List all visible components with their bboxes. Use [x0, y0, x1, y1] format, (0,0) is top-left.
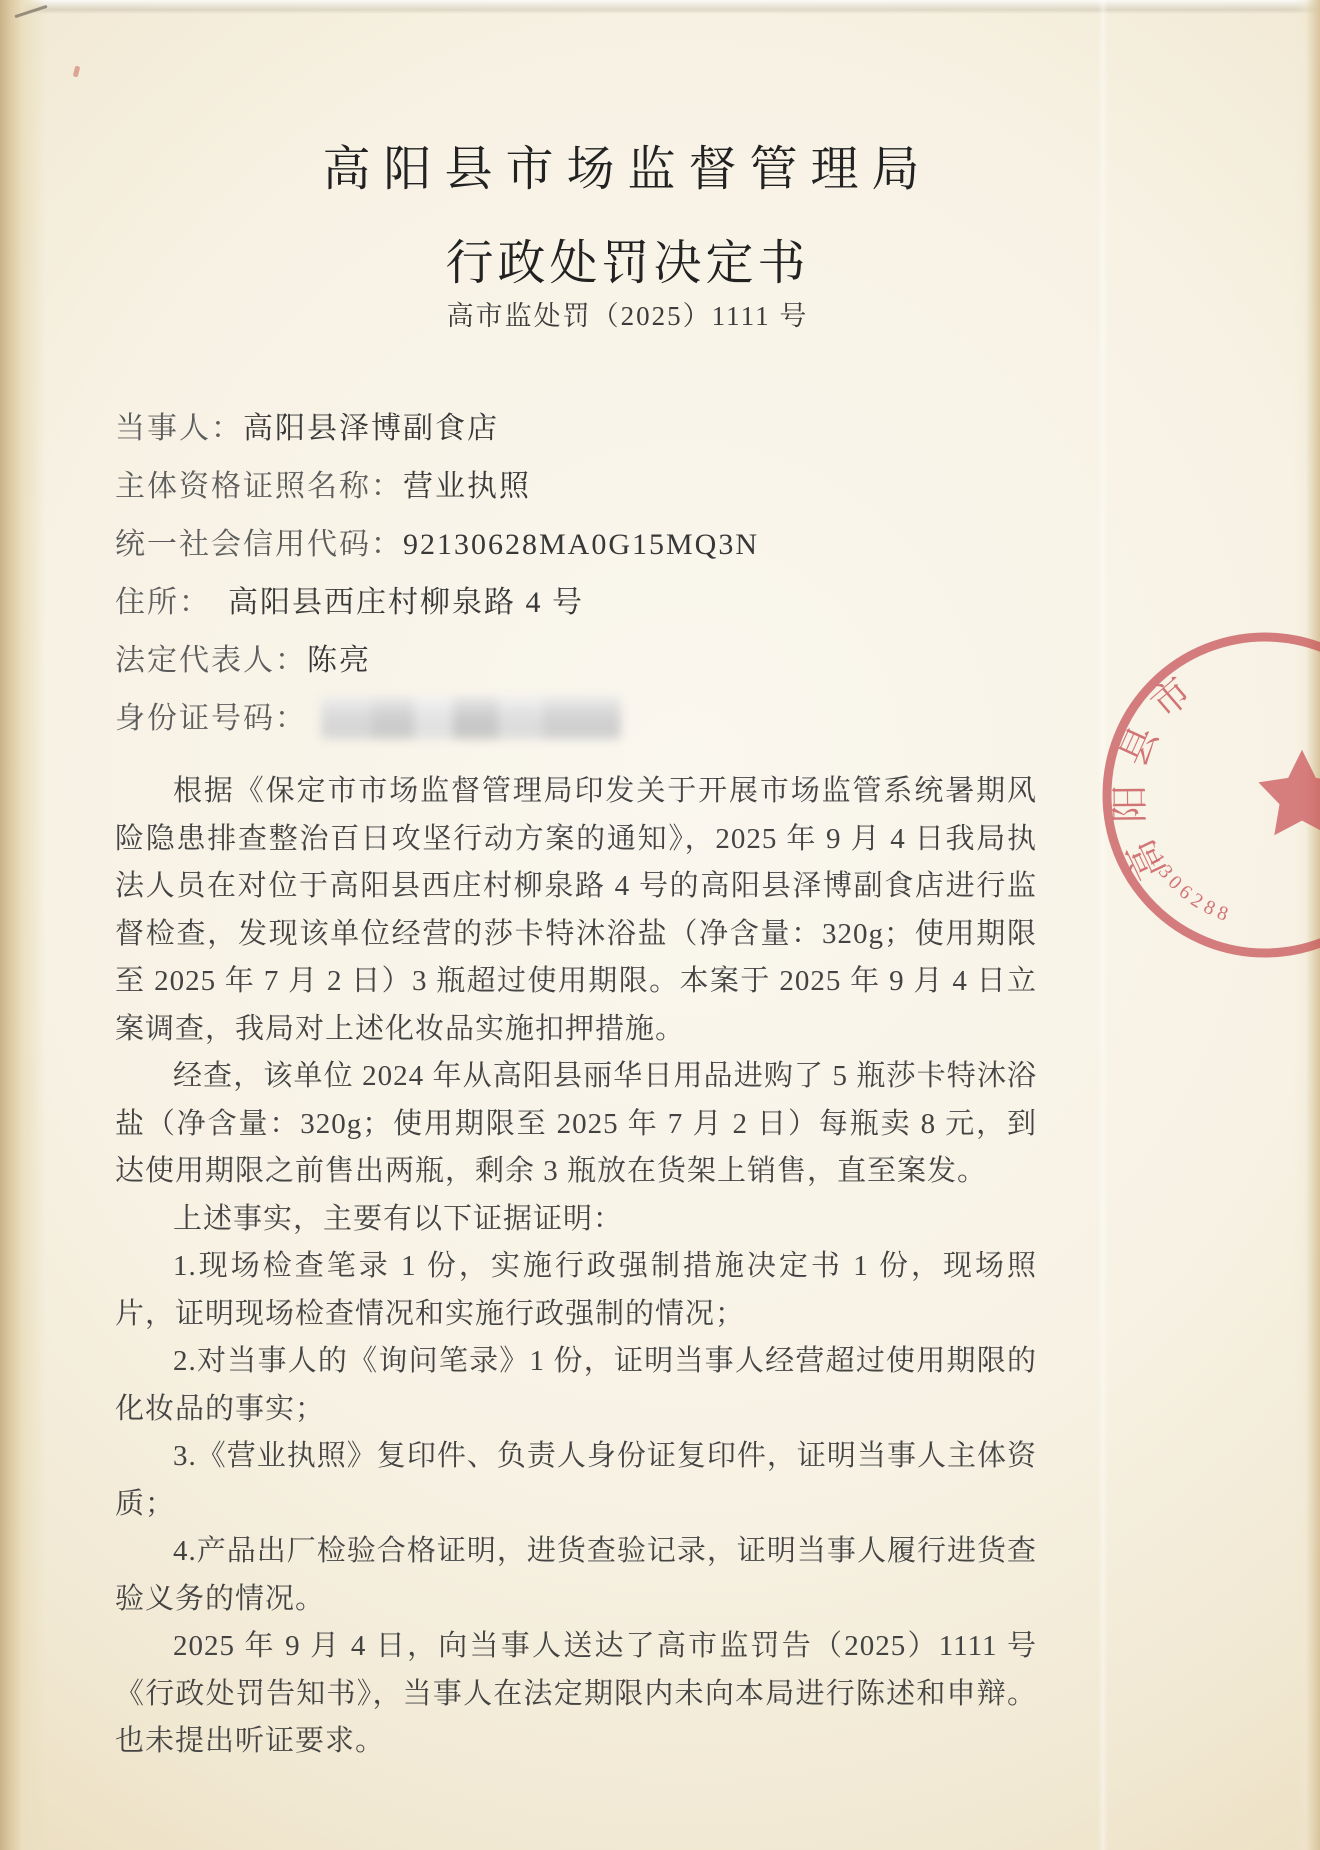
field-value: 高阳县西庄村柳泉路 4 号 [196, 586, 584, 619]
decision-text: 根据《保定市市场监督管理局印发关于开展市场监管系统暑期风险隐患排查整治百日攻坚行… [115, 768, 1037, 1766]
field-party: 当事人：高阳县泽博副食店 [115, 400, 1140, 458]
field-label: 统一社会信用代码： [115, 528, 403, 561]
field-license-name: 主体资格证照名称：营业执照 [115, 458, 1140, 516]
evidence-item-4: 4.产品出厂检验合格证明，进货查验记录，证明当事人履行进货查验义务的情况。 [115, 1528, 1037, 1623]
issuing-authority-title: 高阳县市场监督管理局 [115, 146, 1140, 194]
paragraph-notification: 2025 年 9 月 4 日，向当事人送达了高市监罚告（2025）1111 号《… [115, 1623, 1037, 1766]
star-icon [1258, 750, 1320, 835]
field-label: 主体资格证照名称： [115, 470, 403, 503]
seal-arc-text: 高阳县市 [1110, 660, 1212, 885]
document-number: 高市监处罚（2025）1111 号 [115, 300, 1140, 332]
document-type-title: 行政处罚决定书 [115, 240, 1140, 288]
evidence-item-3: 3.《营业执照》复印件、负责人身份证复印件，证明当事人主体资质； [115, 1433, 1037, 1528]
field-label: 当事人： [115, 412, 243, 445]
paragraph-investigation: 经查，该单位 2024 年从高阳县丽华日用品进购了 5 瓶莎卡特沐浴盐（净含量：… [115, 1053, 1037, 1196]
scanned-page: 高阳县市场监督管理局 行政处罚决定书 高市监处罚（2025）1111 号 当事人… [0, 0, 1320, 1850]
field-address: 住所： 高阳县西庄村柳泉路 4 号 [115, 574, 1140, 632]
evidence-item-2: 2.对当事人的《询问笔录》1 份，证明当事人经营超过使用期限的化妆品的事实； [115, 1338, 1037, 1433]
party-info-fields: 当事人：高阳县泽博副食店 主体资格证照名称：营业执照 统一社会信用代码：9213… [115, 400, 1140, 748]
field-value: 高阳县泽博副食店 [243, 412, 499, 445]
field-value: 陈亮 [307, 644, 371, 677]
field-label: 法定代表人： [115, 644, 307, 677]
field-legal-representative: 法定代表人：陈亮 [115, 632, 1140, 690]
redaction-blur [321, 697, 621, 739]
field-credit-code: 统一社会信用代码：92130628MA0G15MQ3N [115, 516, 1140, 574]
field-label: 住所： [115, 586, 196, 619]
field-label: 身份证号码： [115, 702, 307, 735]
field-value: 92130628MA0G15MQ3N [403, 528, 759, 561]
field-value: 营业执照 [403, 470, 531, 503]
field-id-number: 身份证号码： [115, 690, 1140, 748]
official-seal-stamp: 高阳县市 1306288 [1095, 625, 1320, 985]
paragraph-evidence-intro: 上述事实，主要有以下证据证明： [115, 1196, 1037, 1244]
paragraph-basis: 根据《保定市市场监督管理局印发关于开展市场监管系统暑期风险隐患排查整治百日攻坚行… [115, 768, 1037, 1053]
evidence-item-1: 1.现场检查笔录 1 份，实施行政强制措施决定书 1 份，现场照片，证明现场检查… [115, 1243, 1037, 1338]
